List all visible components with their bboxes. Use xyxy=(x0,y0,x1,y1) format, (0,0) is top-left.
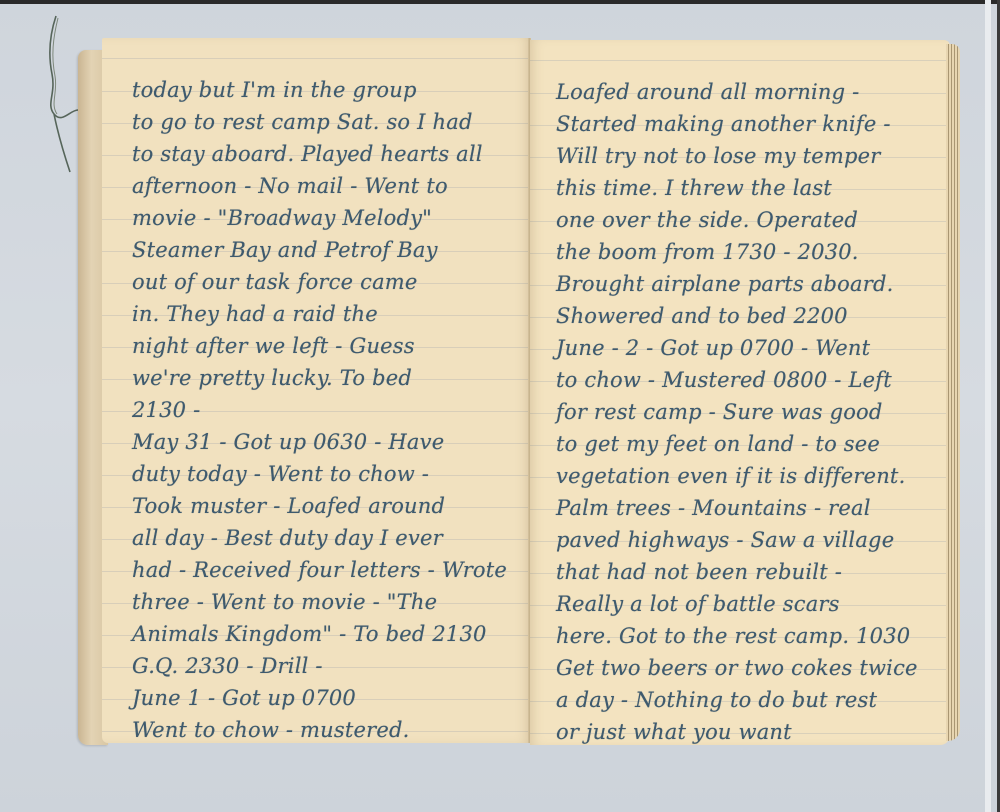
handwritten-line: for rest camp - Sure was good xyxy=(556,396,932,428)
handwritten-line: Really a lot of battle scars xyxy=(556,588,932,620)
handwritten-line: duty today - Went to chow - xyxy=(132,458,512,490)
handwritten-line: Took muster - Loafed around xyxy=(132,490,512,522)
handwritten-line: to stay aboard. Played hearts all xyxy=(132,138,512,170)
handwritten-line: 2130 - xyxy=(132,394,512,426)
left-page-text: today but I'm in the group to go to rest… xyxy=(132,74,512,746)
scan-top-edge xyxy=(0,0,1000,4)
handwritten-line: Animals Kingdom" - To bed 2130 xyxy=(132,618,512,650)
handwritten-line: the boom from 1730 - 2030. xyxy=(556,236,932,268)
handwritten-line: to chow - Mustered 0800 - Left xyxy=(556,364,932,396)
handwritten-line: Palm trees - Mountains - real xyxy=(556,492,932,524)
diary-entry-june-2: June - 2 - Got up 0700 - Went xyxy=(556,332,932,364)
right-page-text: Loafed around all morning - Started maki… xyxy=(556,76,932,748)
handwritten-line: night after we left - Guess xyxy=(132,330,512,362)
handwritten-line: Will try not to lose my temper xyxy=(556,140,932,172)
page-stack-edges xyxy=(946,44,960,741)
handwritten-line: we're pretty lucky. To bed xyxy=(132,362,512,394)
diary-book: today but I'm in the group to go to rest… xyxy=(78,38,963,748)
diary-entry-may-31: May 31 - Got up 0630 - Have xyxy=(132,426,512,458)
handwritten-line: today but I'm in the group xyxy=(132,74,512,106)
handwritten-line: to go to rest camp Sat. so I had xyxy=(132,106,512,138)
scan-right-frame xyxy=(985,0,991,812)
handwritten-line: Showered and to bed 2200 xyxy=(556,300,932,332)
handwritten-line: G.Q. 2330 - Drill - xyxy=(132,650,512,682)
right-page: Loafed around all morning - Started maki… xyxy=(530,40,950,745)
handwritten-line: one over the side. Operated xyxy=(556,204,932,236)
handwritten-line: here. Got to the rest camp. 1030 xyxy=(556,620,932,652)
binding-thread-icon xyxy=(40,14,80,174)
handwritten-line: vegetation even if it is different. xyxy=(556,460,932,492)
handwritten-line: paved highways - Saw a village xyxy=(556,524,932,556)
handwritten-line: Steamer Bay and Petrof Bay xyxy=(132,234,512,266)
left-page: today but I'm in the group to go to rest… xyxy=(102,38,530,743)
handwritten-line: Get two beers or two cokes twice xyxy=(556,652,932,684)
handwritten-line: Brought airplane parts aboard. xyxy=(556,268,932,300)
handwritten-line: that had not been rebuilt - xyxy=(556,556,932,588)
handwritten-line: Started making another knife - xyxy=(556,108,932,140)
handwritten-line: three - Went to movie - "The xyxy=(132,586,512,618)
handwritten-line: to get my feet on land - to see xyxy=(556,428,932,460)
handwritten-line: all day - Best duty day I ever xyxy=(132,522,512,554)
diary-entry-june-1: June 1 - Got up 0700 xyxy=(132,682,512,714)
handwritten-line: afternoon - No mail - Went to xyxy=(132,170,512,202)
handwritten-line: movie - "Broadway Melody" xyxy=(132,202,512,234)
handwritten-line: this time. I threw the last xyxy=(556,172,932,204)
handwritten-line: a day - Nothing to do but rest xyxy=(556,684,932,716)
handwritten-line: in. They had a raid the xyxy=(132,298,512,330)
handwritten-line: Went to chow - mustered. xyxy=(132,714,512,746)
handwritten-line: Loafed around all morning - xyxy=(556,76,932,108)
handwritten-line: or just what you want xyxy=(556,716,932,748)
handwritten-line: out of our task force came xyxy=(132,266,512,298)
handwritten-line: had - Received four letters - Wrote xyxy=(132,554,512,586)
